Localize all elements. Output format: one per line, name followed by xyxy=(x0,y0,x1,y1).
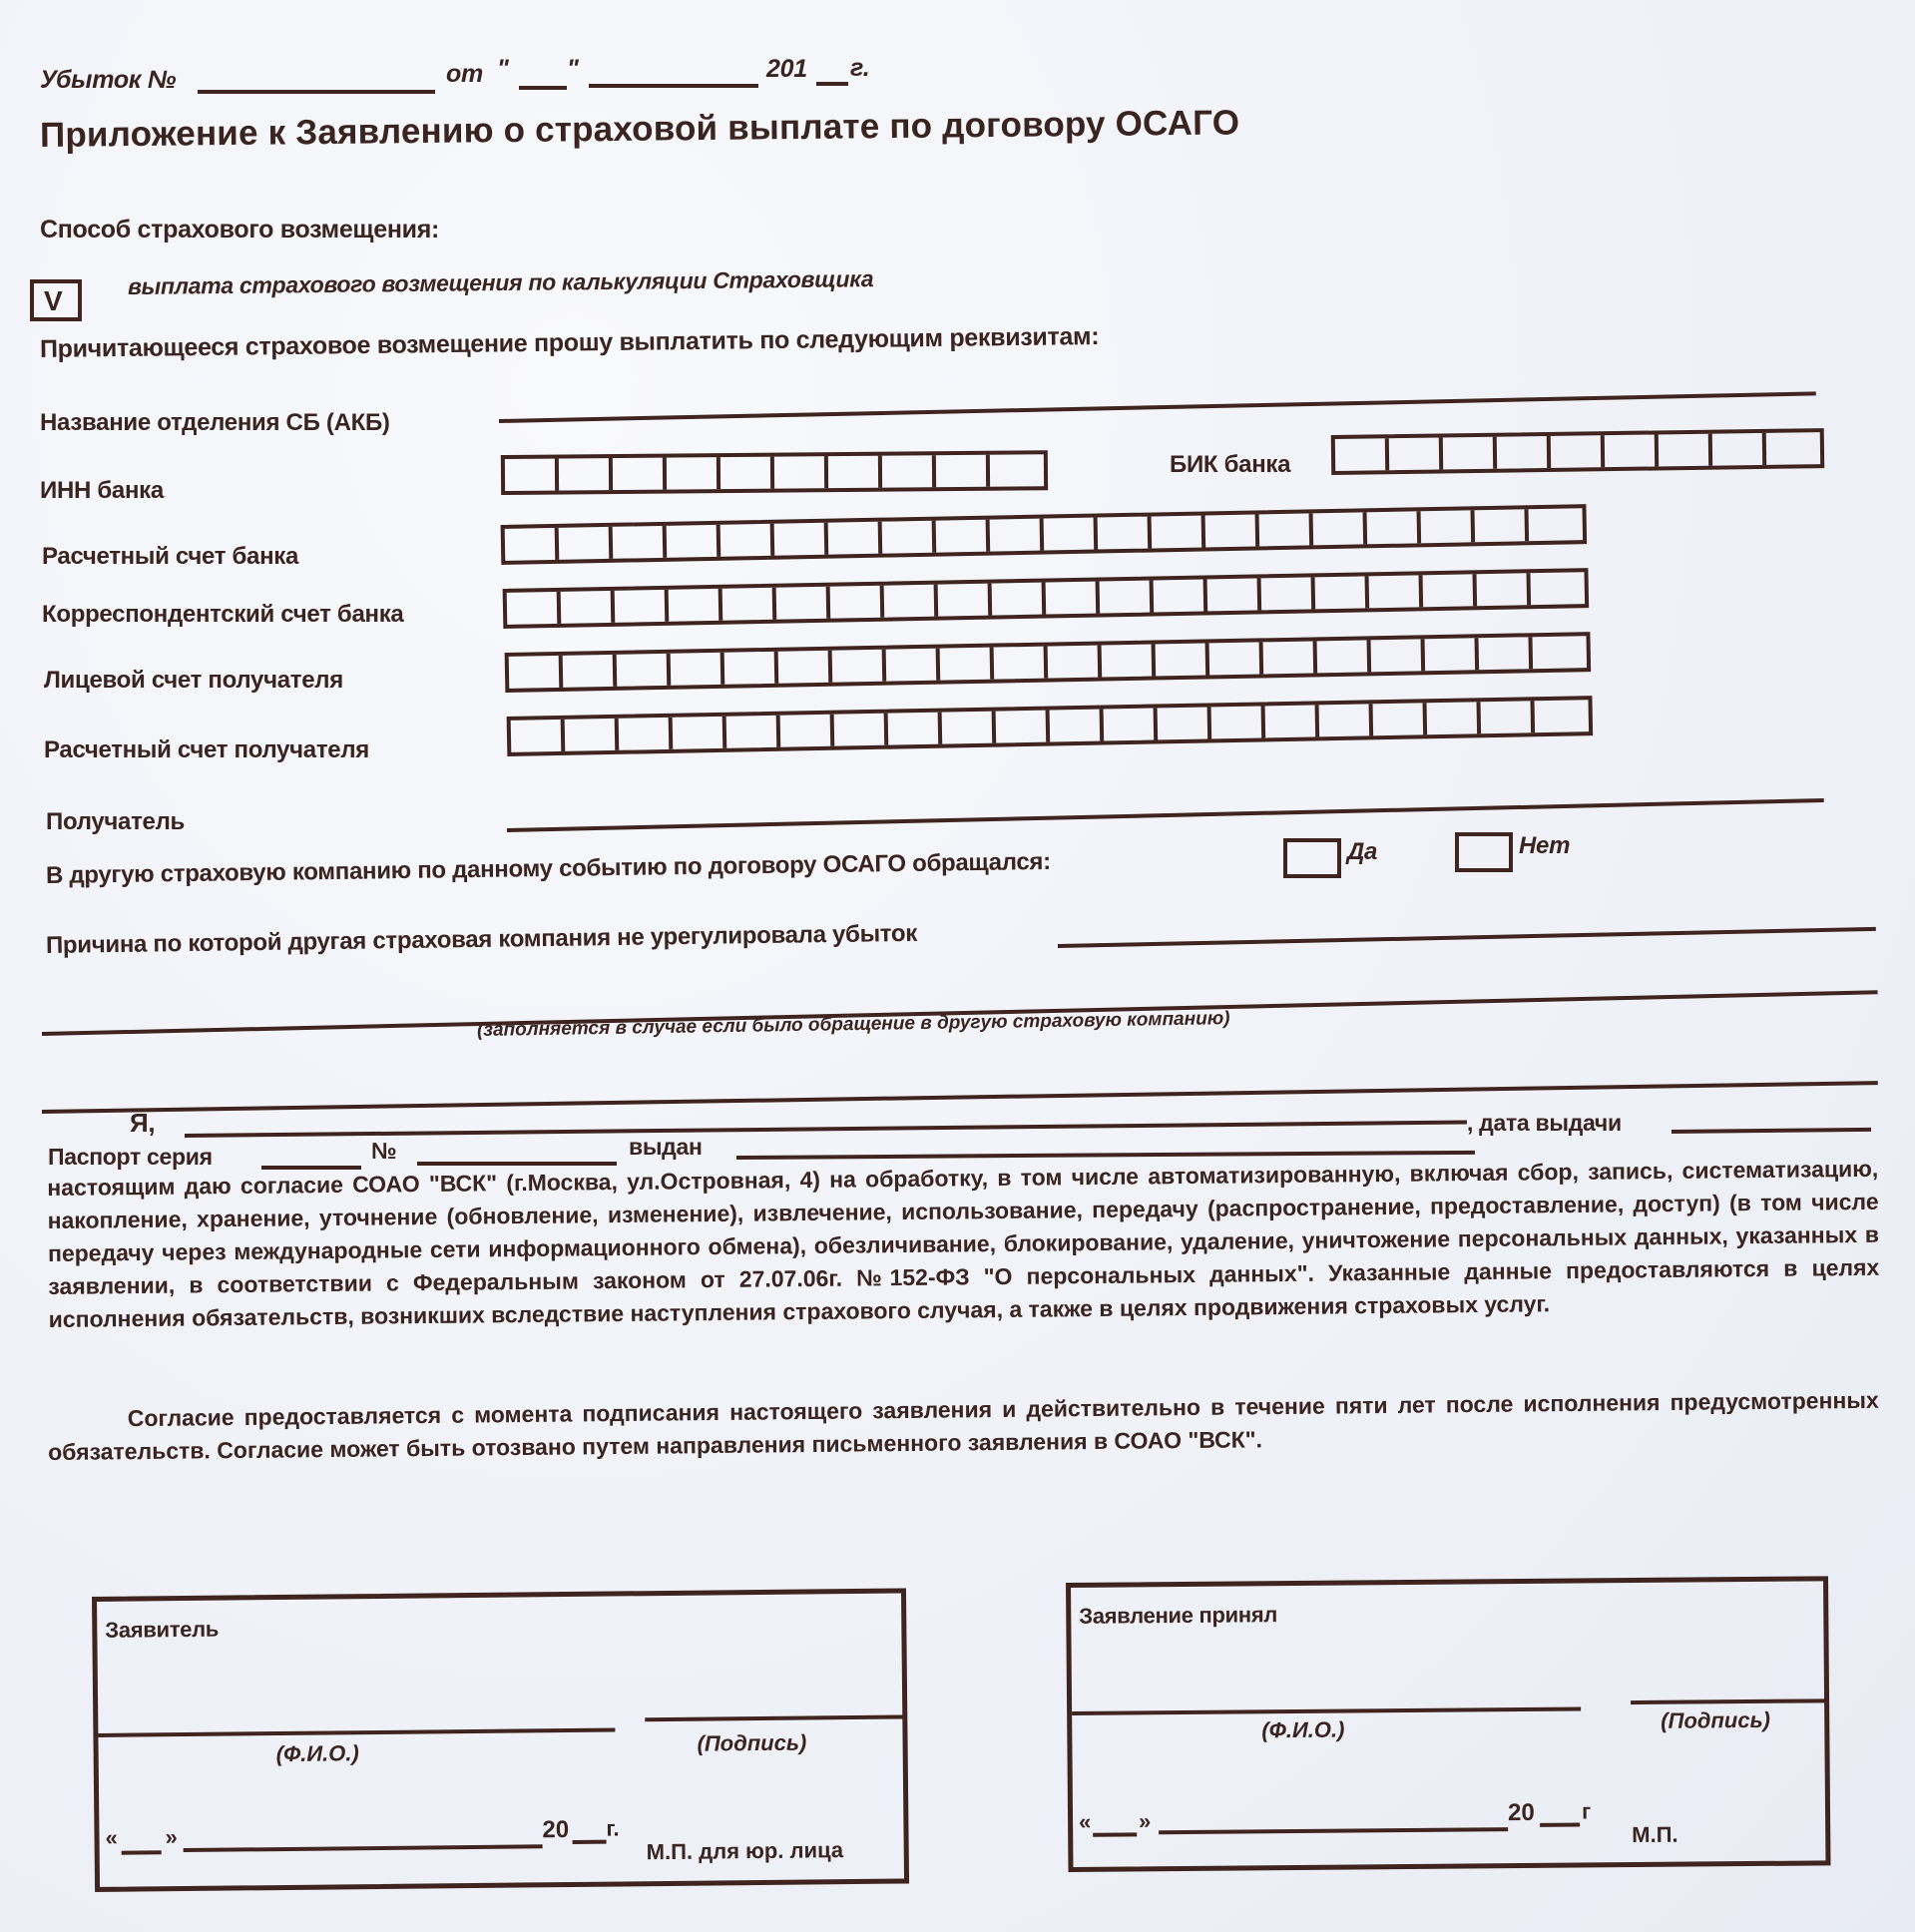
digit-cell[interactable] xyxy=(994,647,1049,680)
recipient-settlement-account-label: Расчетный счет получателя xyxy=(44,736,369,764)
digit-cell[interactable] xyxy=(671,653,725,686)
digit-cell[interactable] xyxy=(667,525,721,558)
receiver-date-year-field[interactable] xyxy=(1540,1823,1580,1827)
digit-cell[interactable] xyxy=(613,458,667,490)
digit-cell[interactable] xyxy=(1265,705,1320,737)
bank-inn-label: ИНН банка xyxy=(40,477,164,505)
recipient-settlement-account-cells[interactable] xyxy=(507,696,1594,756)
digit-cell[interactable] xyxy=(1425,638,1480,671)
digit-cell[interactable] xyxy=(1211,706,1266,738)
digit-cell[interactable] xyxy=(1104,708,1159,740)
digit-cell[interactable] xyxy=(722,588,777,621)
digit-cell[interactable] xyxy=(990,519,1045,552)
digit-cell[interactable] xyxy=(830,586,885,619)
digit-cell[interactable] xyxy=(778,651,833,684)
loss-number-field[interactable] xyxy=(198,90,435,94)
digit-cell[interactable] xyxy=(774,456,828,488)
digit-cell[interactable] xyxy=(617,654,672,687)
bank-inn-cells[interactable] xyxy=(501,450,1048,495)
digit-cell[interactable] xyxy=(669,589,723,622)
digit-cell[interactable] xyxy=(1367,511,1422,544)
passport-number-label: № xyxy=(371,1138,396,1165)
loss-year-suffix: г. xyxy=(850,54,869,83)
digit-cell[interactable] xyxy=(1152,515,1206,548)
bank-settlement-account-label: Расчетный счет банка xyxy=(42,543,298,571)
refusal-reason-label: Причина по которой другая страховая комп… xyxy=(46,920,917,960)
personal-account-label: Лицевой счет получателя xyxy=(44,667,343,695)
digit-cell[interactable] xyxy=(1766,432,1820,465)
consent-i-label: Я, xyxy=(130,1108,155,1139)
digit-cell[interactable] xyxy=(774,523,829,556)
scanned-form-page: Убыток № от " " 201 г. Приложение к Заяв… xyxy=(0,0,1915,1932)
receiver-signature-caption: (Подпись) xyxy=(1661,1707,1770,1734)
bank-branch-label: Название отделения СБ (АКБ) xyxy=(40,409,390,437)
digit-cell[interactable] xyxy=(1533,636,1588,669)
digit-cell[interactable] xyxy=(1373,703,1428,735)
digit-cell[interactable] xyxy=(1335,438,1389,471)
passport-issue-date-label: , дата выдачи xyxy=(1467,1110,1622,1137)
digit-cell[interactable] xyxy=(1497,436,1551,469)
digit-cell[interactable] xyxy=(996,711,1051,743)
digit-cell[interactable] xyxy=(1481,701,1536,733)
digit-cell[interactable] xyxy=(1100,580,1155,613)
receiver-date-quote-close: » xyxy=(1139,1808,1151,1834)
applicant-signature-field[interactable] xyxy=(645,1714,904,1721)
applicant-title: Заявитель xyxy=(105,1617,219,1644)
digit-cell[interactable] xyxy=(1259,513,1314,546)
check-mark-icon: V xyxy=(44,285,63,317)
digit-cell[interactable] xyxy=(1477,573,1532,606)
digit-cell[interactable] xyxy=(561,591,616,624)
digit-cell[interactable] xyxy=(1048,646,1103,679)
receiver-name-field[interactable] xyxy=(1072,1707,1581,1715)
other-insurer-yes-checkbox[interactable] xyxy=(1283,838,1341,878)
digit-cell[interactable] xyxy=(720,457,774,489)
digit-cell[interactable] xyxy=(1263,641,1318,674)
loss-month-field[interactable] xyxy=(589,84,758,88)
digit-cell[interactable] xyxy=(613,526,668,559)
digit-cell[interactable] xyxy=(1050,710,1105,742)
digit-cell[interactable] xyxy=(1046,582,1101,615)
digit-cell[interactable] xyxy=(507,592,562,625)
digit-cell[interactable] xyxy=(884,585,939,618)
receiver-title: Заявление принял xyxy=(1079,1602,1277,1630)
digit-cell[interactable] xyxy=(1659,434,1712,467)
compensation-option-label: выплата страхового возмещения по калькул… xyxy=(128,265,874,300)
other-insurer-no-checkbox[interactable] xyxy=(1455,832,1513,872)
digit-cell[interactable] xyxy=(1712,433,1766,466)
digit-cell[interactable] xyxy=(1319,704,1374,736)
digit-cell[interactable] xyxy=(1535,700,1590,732)
bank-bik-cells[interactable] xyxy=(1331,428,1825,475)
digit-cell[interactable] xyxy=(832,650,887,683)
digit-cell[interactable] xyxy=(509,656,564,689)
digit-cell[interactable] xyxy=(1551,435,1605,468)
digit-cell[interactable] xyxy=(1261,577,1316,610)
applicant-date-day-field[interactable] xyxy=(122,1850,162,1854)
loss-year-field[interactable] xyxy=(816,82,848,86)
digit-cell[interactable] xyxy=(720,524,775,557)
receiver-date-quote-open: « xyxy=(1079,1809,1091,1835)
correspondent-account-cells[interactable] xyxy=(503,568,1590,629)
compensation-option-checkbox[interactable]: V xyxy=(30,279,82,321)
digit-cell[interactable] xyxy=(565,719,620,751)
digit-cell[interactable] xyxy=(726,716,781,748)
refusal-reason-note: (заполняется в случае если было обращени… xyxy=(477,1008,1230,1042)
digit-cell[interactable] xyxy=(1369,575,1424,608)
recipient-label: Получатель xyxy=(46,808,185,836)
passport-issued-by-label: выдан xyxy=(629,1134,703,1161)
digit-cell[interactable] xyxy=(1371,639,1426,672)
other-insurer-yes-label: Да xyxy=(1347,838,1377,866)
digit-cell[interactable] xyxy=(505,458,559,490)
digit-cell[interactable] xyxy=(1158,707,1212,739)
digit-cell[interactable] xyxy=(886,649,941,682)
digit-cell[interactable] xyxy=(1315,576,1370,609)
digit-cell[interactable] xyxy=(1098,516,1153,549)
receiver-signature-field[interactable] xyxy=(1631,1698,1826,1704)
quote-open: " xyxy=(497,55,509,84)
applicant-name-field[interactable] xyxy=(98,1728,615,1737)
digit-cell[interactable] xyxy=(936,455,990,487)
digit-cell[interactable] xyxy=(724,652,779,685)
passport-issue-date-field[interactable] xyxy=(1672,1128,1871,1134)
digit-cell[interactable] xyxy=(559,458,613,490)
digit-cell[interactable] xyxy=(1102,644,1157,677)
digit-cell[interactable] xyxy=(888,713,943,745)
receiver-date-day-field[interactable] xyxy=(1093,1832,1137,1836)
digit-cell[interactable] xyxy=(940,648,995,681)
applicant-signature-box: Заявитель (Ф.И.О.) (Подпись) « » 20 г. М… xyxy=(92,1588,909,1892)
digit-cell[interactable] xyxy=(563,655,618,688)
consent-full-name-field[interactable] xyxy=(185,1121,1467,1138)
consent-body-text: настоящим даю согласие СОАО "ВСК" (г.Мос… xyxy=(47,1153,1880,1336)
receiver-name-caption: (Ф.И.О.) xyxy=(1261,1717,1344,1744)
receiver-stamp-caption: М.П. xyxy=(1632,1822,1678,1848)
consent-validity-text: Согласие предоставляется с момента подпи… xyxy=(48,1384,1880,1469)
recipient-field[interactable] xyxy=(507,798,1824,832)
bank-branch-field[interactable] xyxy=(499,391,1816,423)
digit-cell[interactable] xyxy=(1605,434,1659,467)
applicant-year-prefix: 20 xyxy=(542,1816,569,1844)
compensation-method-heading: Способ страхового возмещения: xyxy=(40,216,439,244)
digit-cell[interactable] xyxy=(673,717,727,749)
correspondent-account-label: Корреспондентский счет банка xyxy=(42,601,403,629)
receiver-date-month-field[interactable] xyxy=(1159,1827,1508,1834)
passport-series-label: Паспорт серия xyxy=(48,1144,213,1171)
receiver-year-prefix: 20 xyxy=(1508,1799,1535,1827)
digit-cell[interactable] xyxy=(1423,574,1478,607)
bank-bik-label: БИК банка xyxy=(1170,451,1290,479)
applicant-date-quote-close: » xyxy=(165,1824,178,1850)
digit-cell[interactable] xyxy=(1479,637,1534,670)
digit-cell[interactable] xyxy=(1443,437,1497,470)
digit-cell[interactable] xyxy=(990,454,1044,486)
loss-day-field[interactable] xyxy=(519,86,567,90)
digit-cell[interactable] xyxy=(936,520,991,553)
digit-cell[interactable] xyxy=(938,584,993,617)
personal-account-cells[interactable] xyxy=(505,632,1592,693)
refusal-reason-field[interactable] xyxy=(1058,927,1876,948)
digit-cell[interactable] xyxy=(1317,640,1372,673)
requisites-heading: Причитающееся страховое возмещение прошу… xyxy=(40,322,1100,364)
applicant-stamp-caption: М.П. для юр. лица xyxy=(647,1837,844,1865)
digit-cell[interactable] xyxy=(1154,579,1208,612)
digit-cell[interactable] xyxy=(1209,642,1264,675)
other-insurer-question: В другую страховую компанию по данному с… xyxy=(46,848,1051,890)
digit-cell[interactable] xyxy=(1531,572,1586,605)
digit-cell[interactable] xyxy=(1475,509,1530,542)
digit-cell[interactable] xyxy=(1313,512,1368,545)
digit-cell[interactable] xyxy=(1156,643,1210,676)
applicant-date-quote-open: « xyxy=(105,1825,118,1851)
digit-cell[interactable] xyxy=(882,455,936,487)
receiver-signature-box: Заявление принял (Ф.И.О.) (Подпись) « » … xyxy=(1066,1576,1831,1872)
quote-close: " xyxy=(567,55,579,84)
digit-cell[interactable] xyxy=(1205,514,1260,547)
digit-cell[interactable] xyxy=(1529,508,1584,541)
document-title: Приложение к Заявлению о страховой выпла… xyxy=(40,103,1240,156)
digit-cell[interactable] xyxy=(511,720,566,752)
bank-settlement-account-cells[interactable] xyxy=(501,504,1588,565)
loss-date-from-label: от xyxy=(446,60,483,89)
digit-cell[interactable] xyxy=(992,583,1047,616)
applicant-date-year-field[interactable] xyxy=(573,1840,607,1844)
other-insurer-no-label: Нет xyxy=(1519,832,1570,860)
applicant-year-suffix: г. xyxy=(606,1815,619,1841)
applicant-name-caption: (Ф.И.О.) xyxy=(276,1740,359,1767)
loss-year-prefix: 201 xyxy=(766,55,807,84)
digit-cell[interactable] xyxy=(942,712,997,744)
digit-cell[interactable] xyxy=(619,718,674,750)
digit-cell[interactable] xyxy=(828,456,882,488)
applicant-date-month-field[interactable] xyxy=(184,1844,543,1852)
receiver-year-suffix: г xyxy=(1582,1798,1591,1824)
digit-cell[interactable] xyxy=(1207,578,1262,611)
digit-cell[interactable] xyxy=(1044,518,1099,551)
loss-number-label: Убыток № xyxy=(40,66,176,95)
digit-cell[interactable] xyxy=(882,521,937,554)
applicant-signature-caption: (Подпись) xyxy=(697,1730,806,1757)
digit-cell[interactable] xyxy=(505,528,560,561)
digit-cell[interactable] xyxy=(834,714,889,746)
digit-cell[interactable] xyxy=(1421,510,1476,543)
digit-cell[interactable] xyxy=(1389,437,1443,470)
digit-cell[interactable] xyxy=(780,715,835,747)
digit-cell[interactable] xyxy=(828,522,883,555)
digit-cell[interactable] xyxy=(559,527,614,560)
digit-cell[interactable] xyxy=(1427,702,1482,734)
digit-cell[interactable] xyxy=(615,590,670,623)
digit-cell[interactable] xyxy=(776,587,831,620)
digit-cell[interactable] xyxy=(667,457,720,489)
